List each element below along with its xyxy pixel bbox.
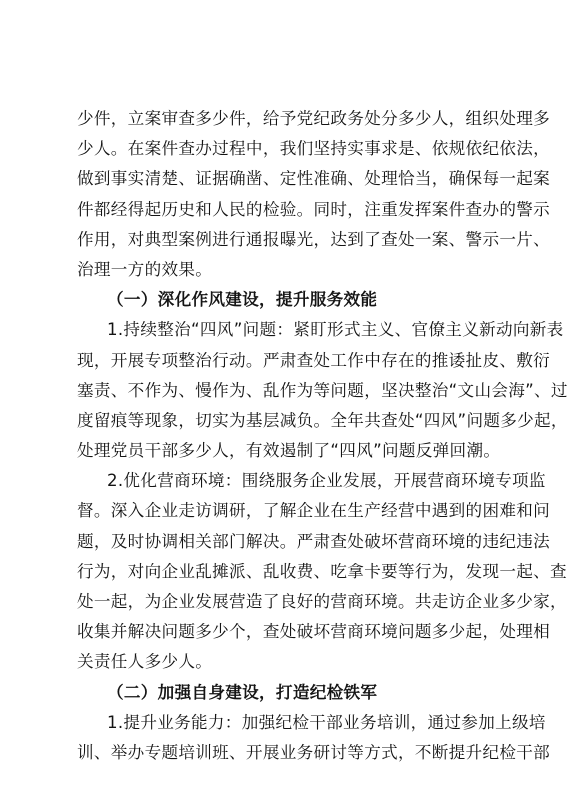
body-text-line: 度留痕等现象，切实为基层减负。全年共查处“四风”问题多少起， (77, 406, 495, 436)
section-heading: （一）深化作风建设，提升服务效能 (77, 285, 495, 315)
section-heading: （二）加强自身建设，打造纪检铁军 (77, 678, 495, 708)
paragraph-first-line: 2.优化营商环境：围绕服务企业发展，开展营商环境专项监 (77, 466, 495, 496)
body-text-line: 题，及时协调相关部门解决。严肃查处破坏营商环境的违纪违法 (77, 527, 495, 557)
body-text-line: 塞责、不作为、慢作为、乱作为等问题，坚决整治“文山会海”、过 (77, 376, 495, 406)
body-text-line: 做到事实清楚、证据确凿、定性准确、处理恰当，确保每一起案 (77, 164, 495, 194)
body-text-line: 件都经得起历史和人民的检验。同时，注重发挥案件查办的警示 (77, 195, 495, 225)
body-text-line: 少件，立案审查多少件，给予党纪政务处分多少人，组织处理多 (77, 104, 495, 134)
body-text-line: 训、举办专题培训班、开展业务研讨等方式，不断提升纪检干部 (77, 738, 495, 768)
paragraph-first-line: 1.提升业务能力：加强纪检干部业务培训，通过参加上级培 (77, 708, 495, 738)
body-text-line: 行为，对向企业乱摊派、乱收费、吃拿卡要等行为，发现一起、查 (77, 557, 495, 587)
body-text-line: 收集并解决问题多少个，查处破坏营商环境问题多少起，处理相 (77, 617, 495, 647)
body-text-line: 处一起，为企业发展营造了良好的营商环境。共走访企业多少家， (77, 587, 495, 617)
paragraph-first-line: 1.持续整治“四风”问题：紧盯形式主义、官僚主义新动向新表 (77, 315, 495, 345)
document-body: 少件，立案审查多少件，给予党纪政务处分多少人，组织处理多 少人。在案件查办过程中… (77, 104, 495, 768)
body-text-line: 作用，对典型案例进行通报曝光，达到了查处一案、警示一片、 (77, 225, 495, 255)
document-page: 少件，立案审查多少件，给予党纪政务处分多少人，组织处理多 少人。在案件查办过程中… (0, 0, 570, 807)
body-text-line: 处理党员干部多少人，有效遏制了“四风”问题反弹回潮。 (77, 436, 495, 466)
body-text-line: 关责任人多少人。 (77, 647, 495, 677)
body-text-line: 督。深入企业走访调研，了解企业在生产经营中遇到的困难和问 (77, 496, 495, 526)
body-text-line: 现，开展专项整治行动。严肃查处工作中存在的推诿扯皮、敷衍 (77, 346, 495, 376)
body-text-line: 少人。在案件查办过程中，我们坚持实事求是、依规依纪依法， (77, 134, 495, 164)
body-text-line: 治理一方的效果。 (77, 255, 495, 285)
